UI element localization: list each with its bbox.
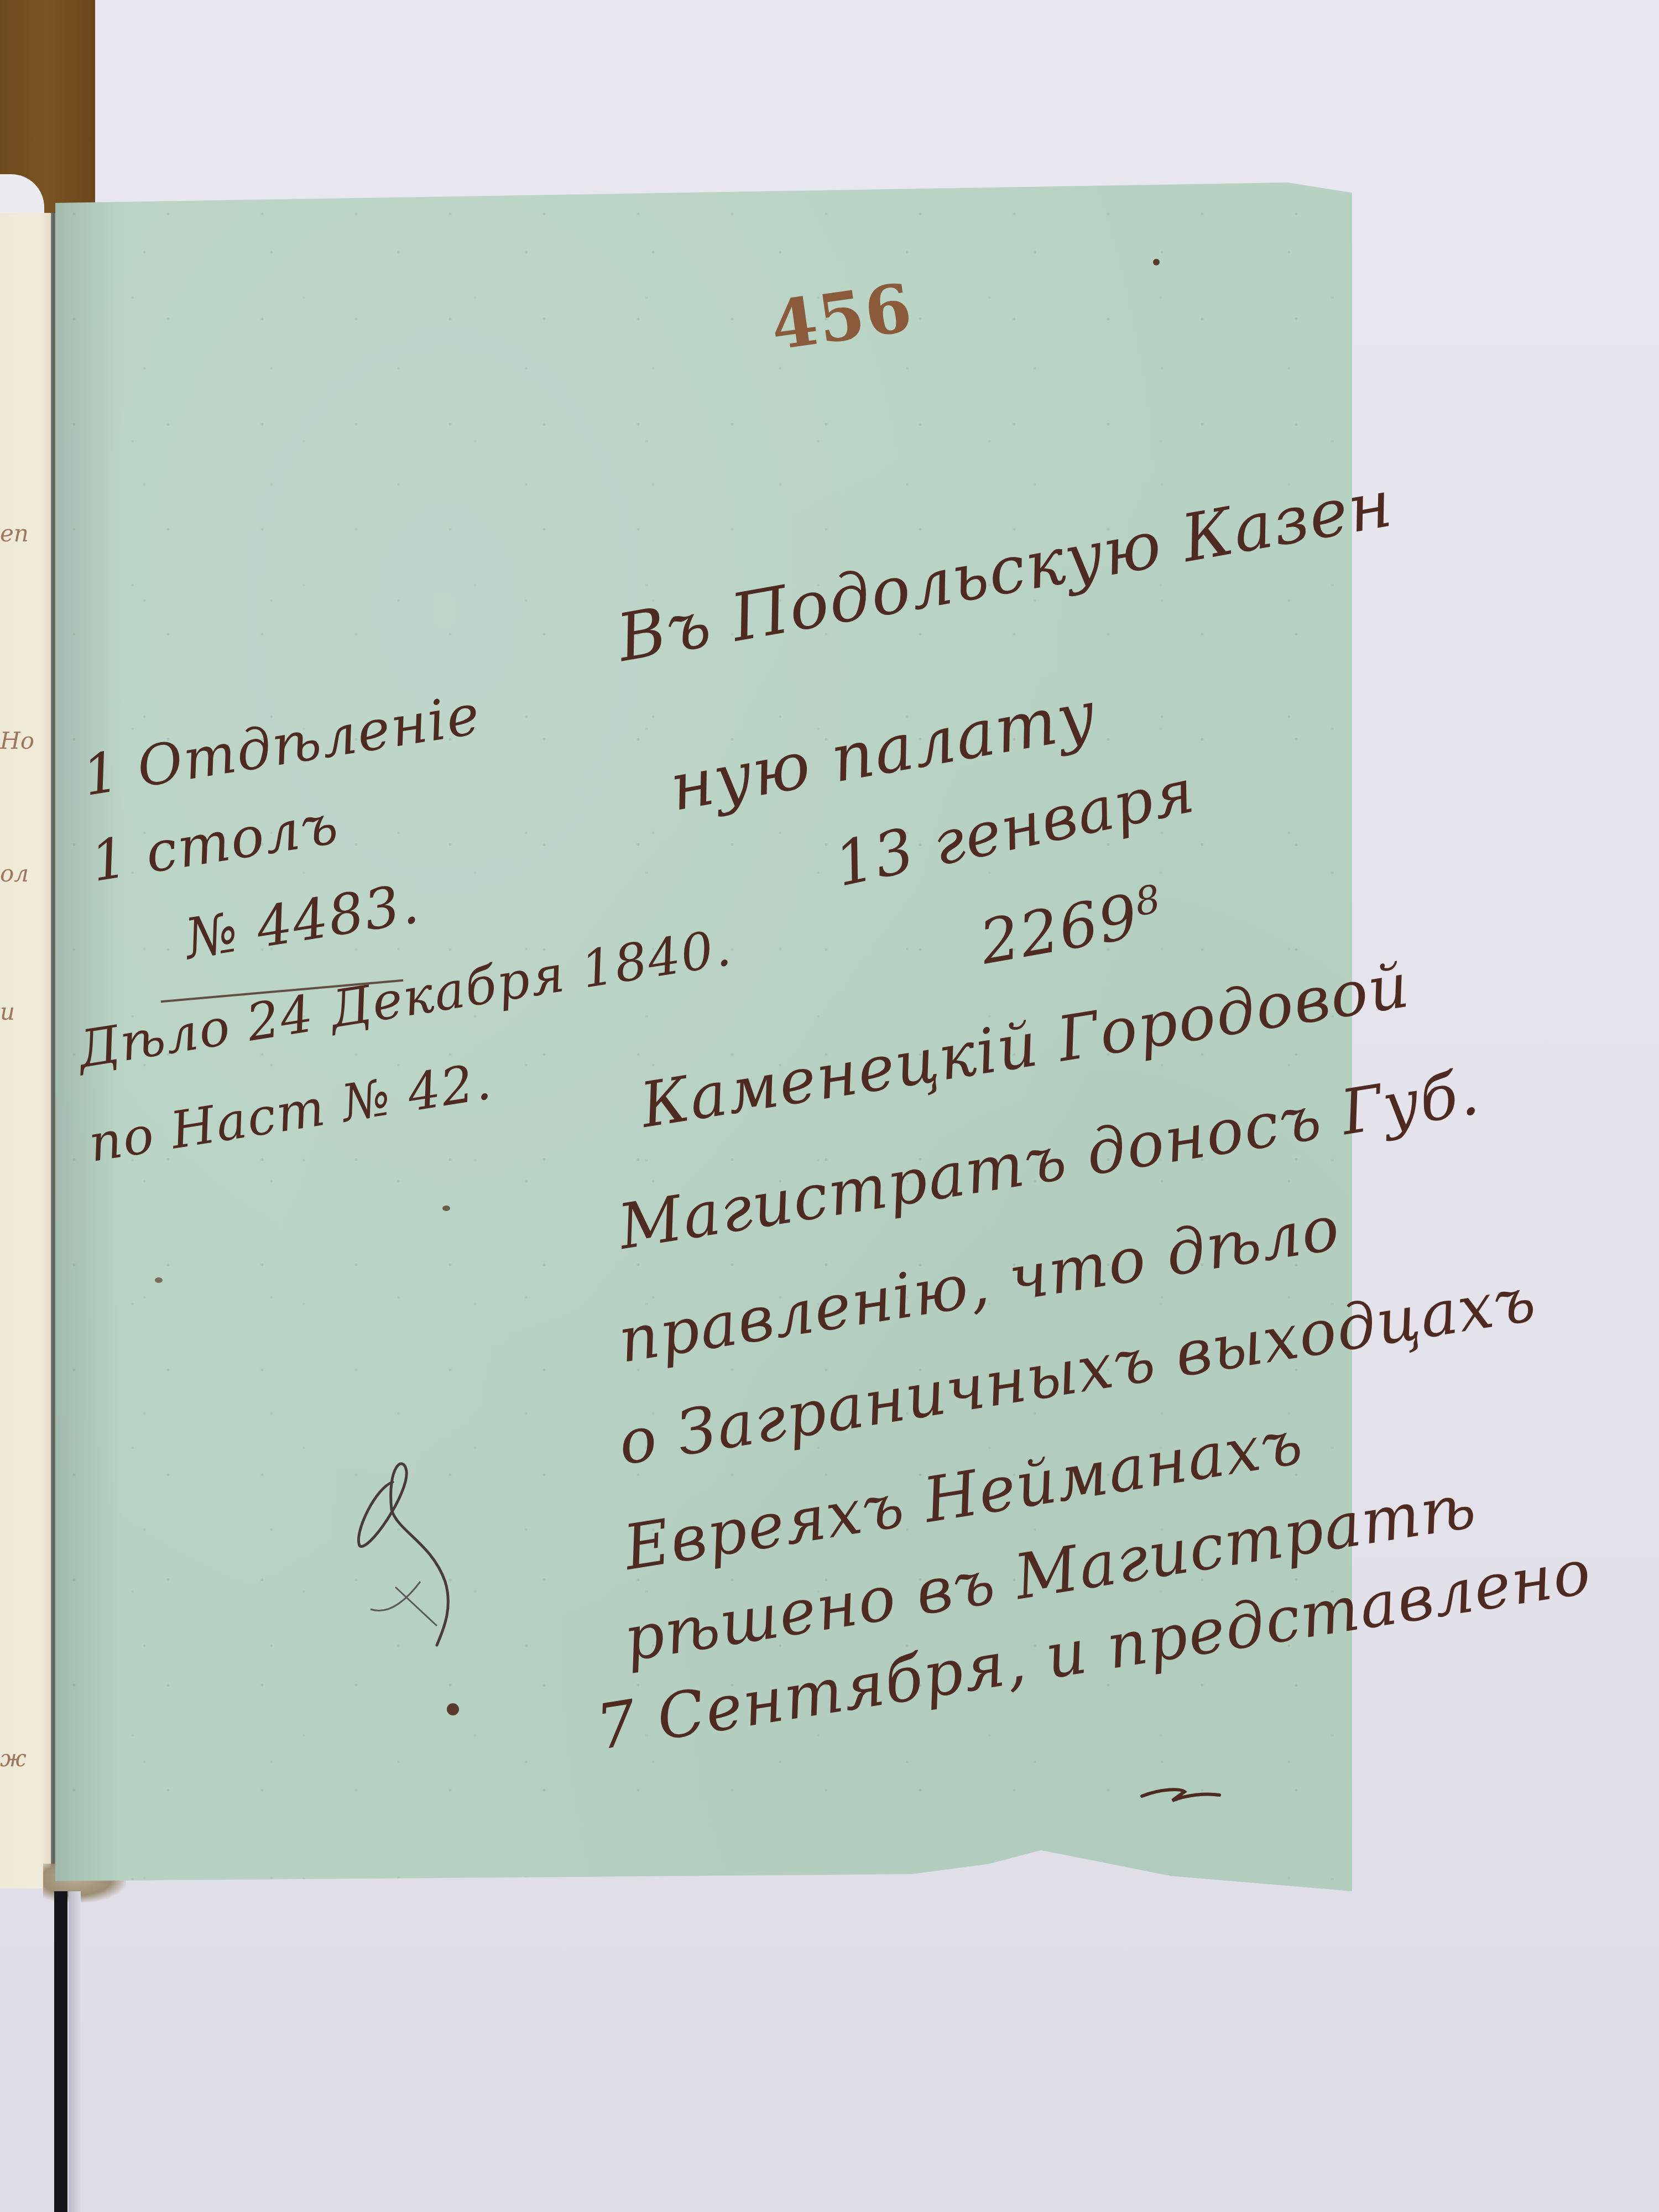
previous-page-text-fragment: Но [0, 727, 50, 754]
ink-speck [155, 1277, 163, 1283]
previous-page-text-fragment: еп [0, 520, 50, 547]
previous-page-text-fragment: ол [0, 860, 50, 887]
ink-speck [1153, 259, 1160, 265]
previous-page-edge: еп Но ол и ж [0, 213, 55, 1888]
pencil-annotation-icon [343, 1449, 465, 1648]
dark-edge-strip [54, 1891, 67, 2212]
previous-page-text-fragment: ж [0, 1745, 50, 1772]
catchword-mark-icon [1139, 1786, 1222, 1803]
ink-blot [447, 1703, 459, 1715]
previous-page-text-fragment: и [0, 998, 50, 1025]
ink-speck [442, 1206, 450, 1211]
edge-shadow [69, 1891, 81, 2212]
